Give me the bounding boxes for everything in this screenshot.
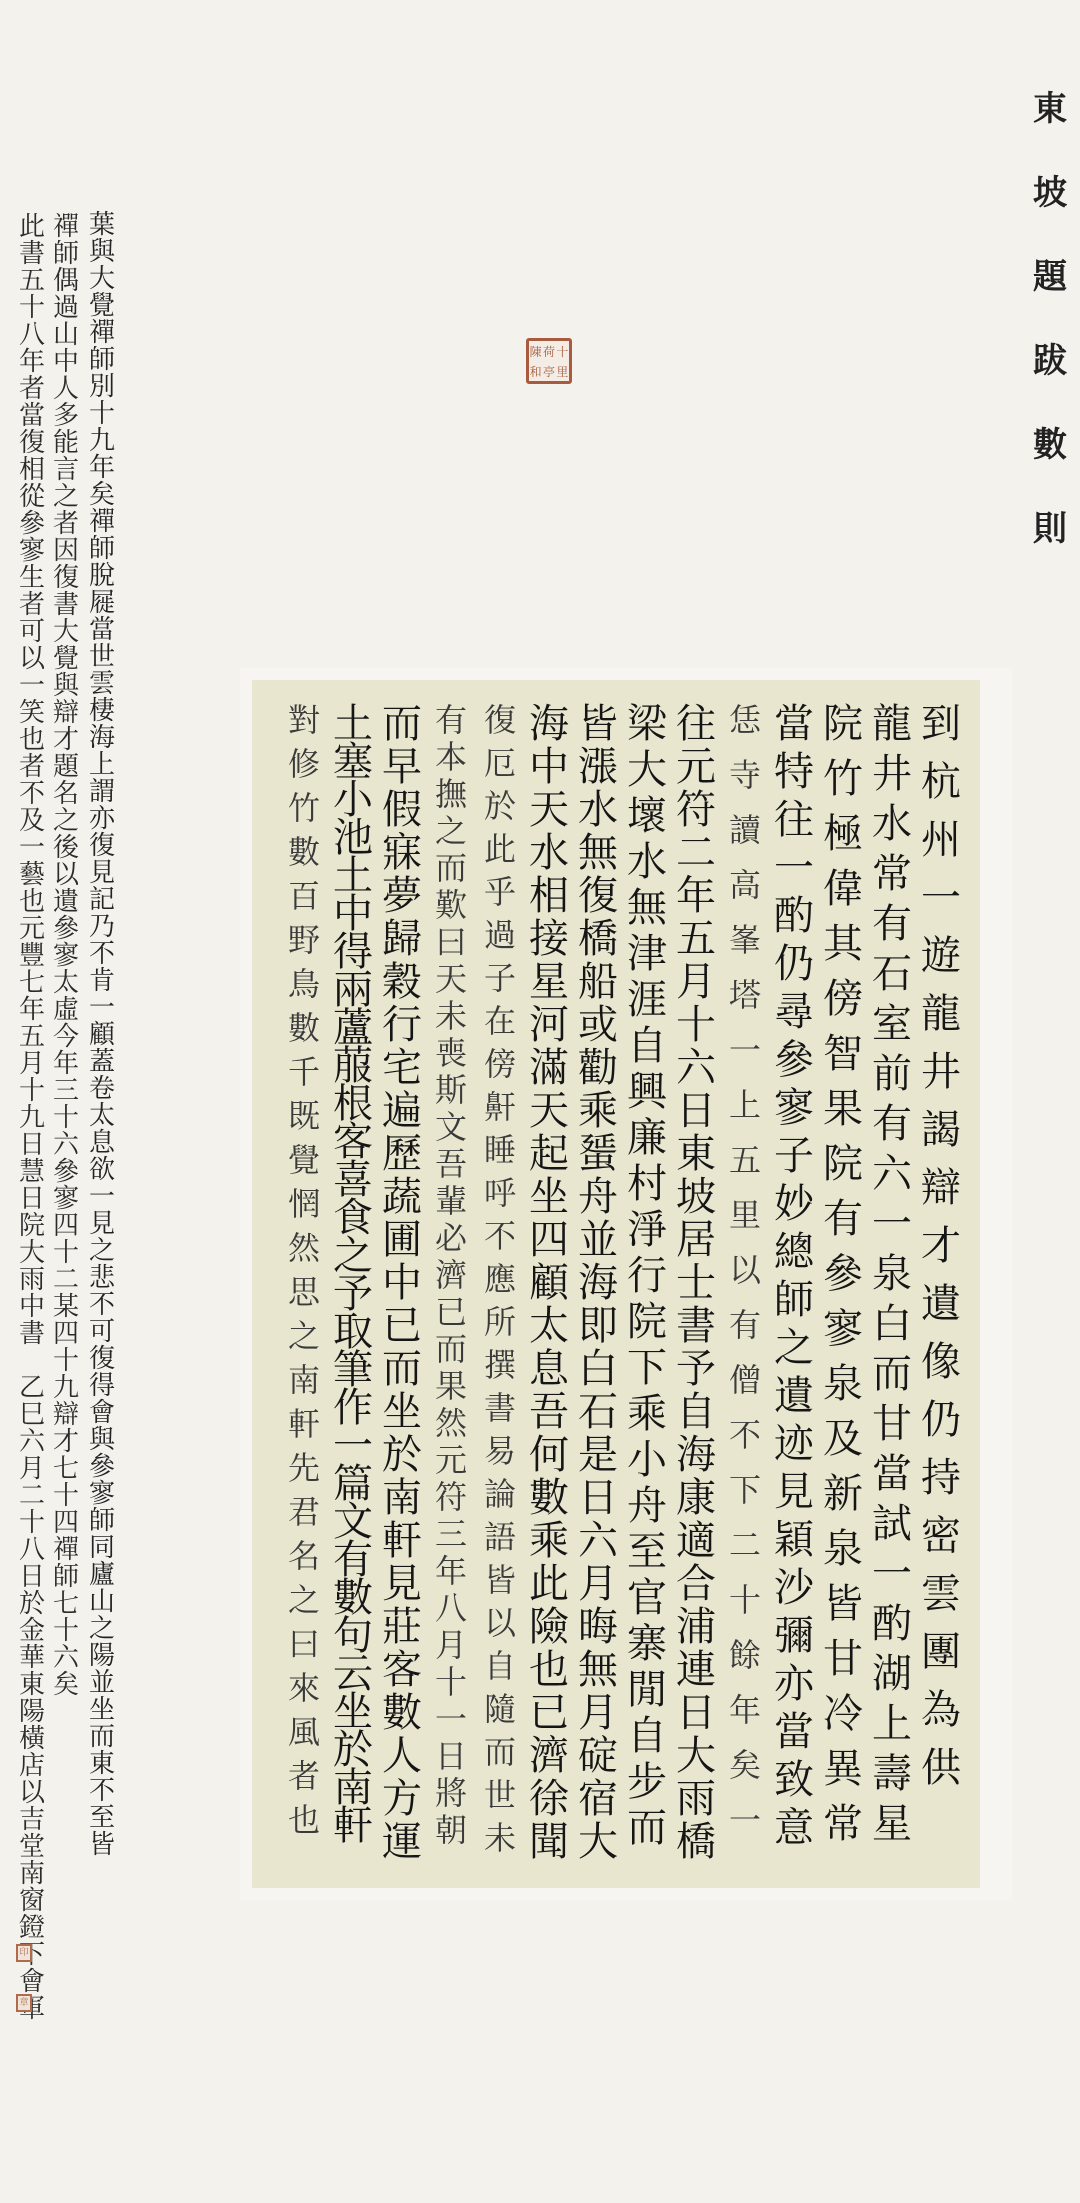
calligraphy-char: 既: [288, 1100, 320, 1144]
calligraphy-char: 大: [53, 619, 79, 645]
calligraphy-char: 假: [382, 790, 422, 833]
calligraphy-char: 參: [53, 916, 79, 942]
calligraphy-char: 常: [823, 1804, 863, 1859]
calligraphy-char: 葉: [89, 212, 115, 238]
calligraphy-char: 應: [484, 1263, 516, 1306]
calligraphy-char: 杭: [921, 762, 961, 820]
calligraphy-char: 水: [529, 833, 569, 876]
calligraphy-char: 傍: [823, 979, 863, 1034]
calligraphy-char: 雲: [921, 1574, 961, 1632]
calligraphy-char: 十: [676, 1005, 716, 1048]
calligraphy-char: 竹: [823, 759, 863, 814]
seal-char: 印: [19, 1948, 28, 1958]
calligraphy-char: 師: [89, 1508, 115, 1534]
calligraphy-char: 無: [578, 1650, 618, 1693]
calligraphy-char: 蘆: [333, 1008, 373, 1046]
calligraphy-char: 多: [53, 403, 79, 429]
calligraphy-char: 喪: [435, 1037, 467, 1074]
calligraphy-char: 對: [288, 704, 320, 748]
calligraphy-char: 師: [89, 536, 115, 562]
calligraphy-char: 得: [89, 1373, 115, 1399]
calligraphy-char: 禪: [89, 509, 115, 535]
calligraphy-char: 月: [578, 1693, 618, 1736]
calligraphy-char: 甘: [823, 1639, 863, 1694]
calligraphy-char: 當: [774, 1712, 814, 1760]
calligraphy-char: 矣: [53, 1672, 79, 1698]
calligraphy-char: 起: [529, 1134, 569, 1177]
calligraphy-char: 千: [288, 1056, 320, 1100]
calligraphy-char: 井: [921, 1052, 961, 1110]
calligraphy-char: 小: [627, 1440, 667, 1486]
calligraphy-char: 河: [529, 1005, 569, 1048]
paper-column-11: 有本撫之而歎曰天未喪斯文吾輩必濟已而果然元符三年八月十一日將朝: [426, 704, 476, 1868]
calligraphy-char: 圃: [382, 1220, 422, 1263]
calligraphy-char: 上: [729, 1089, 761, 1144]
seal-char: 十: [556, 343, 569, 360]
calligraphy-char: 傍: [484, 1048, 516, 1091]
calligraphy-char: 過: [53, 295, 79, 321]
calligraphy-char: 六: [53, 1132, 79, 1158]
calligraphy-char: 及: [823, 1419, 863, 1474]
calligraphy-char: 同: [89, 1535, 115, 1561]
calligraphy-char: 參: [774, 1040, 814, 1088]
calligraphy-char: 皆: [89, 1832, 115, 1858]
calligraphy-char: 乘: [627, 1394, 667, 1440]
calligraphy-char: 之: [288, 1584, 320, 1628]
calligraphy-char: 太: [53, 970, 79, 996]
calligraphy-char: 乃: [89, 914, 115, 940]
calligraphy-char: 從: [19, 484, 45, 510]
calligraphy-char: 禪: [53, 214, 79, 240]
calligraphy-char: 興: [627, 1072, 667, 1118]
calligraphy-char: 兩: [333, 970, 373, 1008]
calligraphy-char: 官: [627, 1578, 667, 1624]
calligraphy-char: 日: [19, 1564, 45, 1590]
calligraphy-char: 日: [676, 1693, 716, 1736]
calligraphy-char: 必: [435, 1222, 467, 1259]
calligraphy-char: 百: [288, 880, 320, 924]
calligraphy-char: 十: [53, 1618, 79, 1644]
calligraphy-char: 舟: [627, 1486, 667, 1532]
calligraphy-char: 符: [435, 1481, 467, 1518]
calligraphy-char: 辯: [53, 1402, 79, 1428]
calligraphy-paper: 到杭州一遊龍井謁辯才遺像仍持密雲團為供 龍井水常有石室前有六一泉白而甘當試一酌湖…: [252, 680, 980, 1888]
calligraphy-char: 坡: [676, 1177, 716, 1220]
calligraphy-char: 年: [53, 1051, 79, 1077]
calligraphy-char: 一: [729, 1804, 761, 1859]
calligraphy-char: 小: [333, 780, 373, 818]
calligraphy-char: 可: [19, 619, 45, 645]
calligraphy-char: 莊: [382, 1607, 422, 1650]
calligraphy-char: 禪: [89, 320, 115, 346]
calligraphy-char: 而: [382, 1349, 422, 1392]
calligraphy-char: 而: [435, 852, 467, 889]
calligraphy-char: 極: [823, 814, 863, 869]
calligraphy-char: 數: [529, 1478, 569, 1521]
calligraphy-char: 一: [89, 995, 115, 1021]
calligraphy-char: 子: [774, 1136, 814, 1184]
calligraphy-char: 金: [19, 1618, 45, 1644]
calligraphy-char: 一: [19, 835, 45, 861]
calligraphy-char: 歸: [382, 919, 422, 962]
calligraphy-char: 鐙: [19, 1915, 45, 1941]
calligraphy-char: 年: [19, 997, 45, 1023]
calligraphy-char: 堂: [19, 1834, 45, 1860]
calligraphy-char: 而: [382, 704, 422, 747]
calligraphy-char: 有: [823, 1199, 863, 1254]
calligraphy-char: 接: [529, 919, 569, 962]
calligraphy-char: [19, 1348, 45, 1374]
calligraphy-char: 復: [19, 430, 45, 456]
calligraphy-char: 寥: [19, 538, 45, 564]
title-char: 東: [1033, 92, 1067, 126]
calligraphy-char: 妙: [774, 1184, 814, 1232]
calligraphy-char: 士: [676, 1263, 716, 1306]
calligraphy-char: 才: [53, 1429, 79, 1455]
calligraphy-char: 院: [823, 1144, 863, 1199]
calligraphy-char: 皆: [484, 1564, 516, 1607]
calligraphy-char: 穎: [774, 1520, 814, 1568]
calligraphy-char: 才: [921, 1226, 961, 1284]
calligraphy-char: 二: [729, 1529, 761, 1584]
calligraphy-char: 冷: [823, 1694, 863, 1749]
seal-char: 荷: [542, 343, 555, 360]
paper-column-14: 對修竹數百野鳥數千既覺惘然思之南軒先君名之曰來風者也: [279, 704, 329, 1868]
calligraphy-char: 風: [288, 1716, 320, 1760]
calligraphy-char: 步: [627, 1762, 667, 1808]
calligraphy-char: 蔬: [382, 1177, 422, 1220]
calligraphy-char: 吾: [529, 1392, 569, 1435]
calligraphy-char: 欲: [89, 1157, 115, 1183]
calligraphy-char: 僧: [729, 1364, 761, 1419]
calligraphy-char: 遺: [774, 1376, 814, 1424]
calligraphy-char: 湖: [872, 1654, 912, 1704]
calligraphy-char: 七: [19, 970, 45, 996]
calligraphy-char: 大: [89, 266, 115, 292]
calligraphy-char: 八: [19, 1537, 45, 1563]
calligraphy-char: 撫: [435, 778, 467, 815]
calligraphy-char: 與: [53, 673, 79, 699]
calligraphy-char: 廉: [627, 1118, 667, 1164]
calligraphy-char: 本: [435, 741, 467, 778]
calligraphy-char: 師: [53, 241, 79, 267]
calligraphy-char: 而: [435, 1333, 467, 1370]
calligraphy-char: 一: [89, 1184, 115, 1210]
calligraphy-char: 無: [578, 833, 618, 876]
calligraphy-char: 脫: [89, 563, 115, 589]
calligraphy-char: 能: [53, 430, 79, 456]
calligraphy-char: 院: [823, 704, 863, 759]
calligraphy-char: 師: [774, 1280, 814, 1328]
calligraphy-char: 皆: [578, 704, 618, 747]
calligraphy-char: 亦: [89, 806, 115, 832]
calligraphy-char: 寥: [823, 1309, 863, 1364]
calligraphy-char: 復: [89, 833, 115, 859]
calligraphy-char: 供: [921, 1748, 961, 1806]
calligraphy-char: 在: [484, 1005, 516, 1048]
calligraphy-char: 思: [288, 1276, 320, 1320]
calligraphy-char: 日: [578, 1478, 618, 1521]
calligraphy-char: 十: [53, 1348, 79, 1374]
calligraphy-char: 以: [484, 1607, 516, 1650]
calligraphy-char: 九: [53, 1375, 79, 1401]
calligraphy-char: 見: [89, 1211, 115, 1237]
calligraphy-char: 會: [89, 1400, 115, 1426]
calligraphy-char: 村: [627, 1164, 667, 1210]
calligraphy-char: 以: [729, 1254, 761, 1309]
calligraphy-char: 斯: [435, 1074, 467, 1111]
calligraphy-char: 寥: [774, 1088, 814, 1136]
calligraphy-char: 客: [333, 1122, 373, 1160]
calligraphy-char: 書: [676, 1306, 716, 1349]
calligraphy-char: 東: [89, 1751, 115, 1777]
calligraphy-char: 參: [53, 1159, 79, 1185]
paper-column-7: 梁大壞水無津涯自興廉村淨行院下乘小舟至官寨閒自步而: [622, 704, 672, 1868]
calligraphy-char: 於: [484, 790, 516, 833]
calligraphy-char: 是: [578, 1435, 618, 1478]
calligraphy-char: 泉: [872, 1254, 912, 1304]
calligraphy-char: 而: [89, 1724, 115, 1750]
calligraphy-char: 蓋: [89, 1049, 115, 1075]
calligraphy-char: 二: [676, 833, 716, 876]
calligraphy-char: 野: [288, 924, 320, 968]
seal-char: 和: [529, 363, 542, 380]
calligraphy-char: 遍: [382, 1091, 422, 1134]
title-char: 數: [1033, 428, 1067, 462]
calligraphy-char: 之: [53, 808, 79, 834]
calligraphy-char: 遺: [921, 1284, 961, 1342]
calligraphy-char: 覺: [89, 293, 115, 319]
calligraphy-char: 院: [627, 1302, 667, 1348]
calligraphy-char: 已: [382, 1306, 422, 1349]
calligraphy-char: 一: [872, 1554, 912, 1604]
calligraphy-char: 大: [19, 1240, 45, 1266]
calligraphy-char: 池: [333, 818, 373, 856]
inscription-column-3: 此書五十八年者當復相從參寥生者可以一笑也者不及一藝也元豐七年五月十九日慧日院大雨…: [18, 214, 46, 2084]
calligraphy-char: 已: [529, 1693, 569, 1736]
calligraphy-char: 之: [435, 815, 467, 852]
calligraphy-char: 津: [627, 934, 667, 980]
calligraphy-char: 宅: [382, 1048, 422, 1091]
calligraphy-char: 濟: [529, 1736, 569, 1779]
calligraphy-char: 為: [921, 1690, 961, 1748]
calligraphy-char: 下: [627, 1348, 667, 1394]
calligraphy-char: 隨: [484, 1693, 516, 1736]
calligraphy-char: 南: [288, 1364, 320, 1408]
calligraphy-char: 十: [53, 1240, 79, 1266]
calligraphy-char: 當: [19, 403, 45, 429]
calligraphy-char: 文: [435, 1111, 467, 1148]
calligraphy-char: 龍: [872, 704, 912, 754]
calligraphy-char: 朝: [435, 1814, 467, 1851]
calligraphy-char: 未: [435, 1000, 467, 1037]
calligraphy-char: 團: [921, 1632, 961, 1690]
calligraphy-char: 之: [774, 1328, 814, 1376]
inscription-column-2: 禪師偶過山中人多能言之者因復書大覺與辯才題名之後以遺參寥太虛今年三十六參寥四十二…: [52, 214, 80, 2084]
calligraphy-char: 智: [823, 1034, 863, 1089]
calligraphy-char: 某: [53, 1294, 79, 1320]
calligraphy-char: 喜: [333, 1160, 373, 1198]
calligraphy-char: 篇: [333, 1464, 373, 1502]
calligraphy-char: 中: [333, 894, 373, 932]
calligraphy-char: 自: [484, 1650, 516, 1693]
calligraphy-char: 者: [19, 754, 45, 780]
calligraphy-char: 恁: [729, 704, 761, 759]
calligraphy-char: 海: [89, 725, 115, 751]
calligraphy-char: 三: [435, 1518, 467, 1555]
calligraphy-char: 年: [89, 455, 115, 481]
calligraphy-char: 然: [435, 1407, 467, 1444]
calligraphy-char: 將: [435, 1777, 467, 1814]
calligraphy-char: 九: [89, 428, 115, 454]
calligraphy-char: 廬: [89, 1562, 115, 1588]
calligraphy-char: 土: [333, 856, 373, 894]
calligraphy-char: 雨: [19, 1267, 45, 1293]
calligraphy-char: 竹: [288, 792, 320, 836]
calligraphy-char: 文: [333, 1502, 373, 1540]
calligraphy-char: 語: [484, 1521, 516, 1564]
calligraphy-char: 十: [435, 1666, 467, 1703]
calligraphy-char: 夢: [382, 876, 422, 919]
calligraphy-char: 元: [435, 1444, 467, 1481]
calligraphy-char: 里: [729, 1199, 761, 1254]
calligraphy-char: 華: [19, 1645, 45, 1671]
calligraphy-char: 海: [578, 1263, 618, 1306]
calligraphy-char: 六: [872, 1154, 912, 1204]
calligraphy-char: 寨: [627, 1624, 667, 1670]
calligraphy-char: 筆: [333, 1350, 373, 1388]
calligraphy-char: 天: [529, 1091, 569, 1134]
calligraphy-char: 過: [484, 919, 516, 962]
calligraphy-char: 六: [53, 1645, 79, 1671]
calligraphy-char: 與: [89, 239, 115, 265]
calligraphy-char: 南: [333, 1768, 373, 1806]
calligraphy-char: 十: [53, 1105, 79, 1131]
calligraphy-char: 院: [19, 1213, 45, 1239]
calligraphy-char: 今: [53, 1024, 79, 1050]
calligraphy-char: 之: [89, 1238, 115, 1264]
calligraphy-char: 日: [435, 1740, 467, 1777]
calligraphy-char: 往: [676, 704, 716, 747]
calligraphy-char: 康: [676, 1478, 716, 1521]
calligraphy-char: 軒: [382, 1521, 422, 1564]
calligraphy-char: 然: [288, 1232, 320, 1276]
calligraphy-char: 參: [19, 511, 45, 537]
calligraphy-char: 卷: [89, 1076, 115, 1102]
calligraphy-char: 白: [578, 1349, 618, 1392]
calligraphy-char: 坐: [333, 1692, 373, 1730]
calligraphy-char: 其: [823, 924, 863, 979]
calligraphy-char: 日: [676, 1091, 716, 1134]
calligraphy-char: 會: [19, 1969, 45, 1995]
calligraphy-char: 壽: [872, 1754, 912, 1804]
calligraphy-char: 遺: [53, 889, 79, 915]
calligraphy-char: 矣: [89, 482, 115, 508]
calligraphy-char: 塔: [729, 979, 761, 1034]
calligraphy-char: 元: [676, 747, 716, 790]
calligraphy-char: 五: [19, 1024, 45, 1050]
calligraphy-char: 東: [676, 1134, 716, 1177]
calligraphy-char: 者: [53, 511, 79, 537]
calligraphy-char: 迹: [774, 1424, 814, 1472]
seal-char: 陳: [529, 343, 542, 360]
calligraphy-char: 閒: [627, 1670, 667, 1716]
calligraphy-char: 四: [53, 1213, 79, 1239]
calligraphy-char: 吉: [19, 1807, 45, 1833]
calligraphy-char: 以: [19, 1780, 45, 1806]
calligraphy-char: 讀: [729, 814, 761, 869]
calligraphy-char: 乘: [529, 1521, 569, 1564]
artwork-title: 東 坡 題 跋 數 則: [1028, 92, 1072, 546]
calligraphy-char: 無: [627, 888, 667, 934]
calligraphy-char: 穀: [382, 962, 422, 1005]
seal-char: 章: [19, 1998, 28, 2008]
calligraphy-char: 年: [19, 349, 45, 375]
calligraphy-char: 星: [529, 962, 569, 1005]
calligraphy-char: 太: [529, 1306, 569, 1349]
calligraphy-char: 坐: [529, 1177, 569, 1220]
calligraphy-char: 遊: [921, 936, 961, 994]
calligraphy-char: 巳: [19, 1402, 45, 1428]
calligraphy-char: 當: [89, 617, 115, 643]
title-char: 題: [1033, 260, 1067, 294]
calligraphy-char: 峯: [729, 924, 761, 979]
seal-stamp-icon: 陳 荷 十 和 亭 里: [526, 338, 572, 384]
calligraphy-char: 世: [89, 644, 115, 670]
calligraphy-char: 此: [484, 833, 516, 876]
calligraphy-char: 相: [19, 457, 45, 483]
calligraphy-char: 船: [578, 962, 618, 1005]
calligraphy-char: 八: [435, 1592, 467, 1629]
calligraphy-char: 來: [288, 1672, 320, 1716]
inscription-column-1: 葉與大覺禪師別十九年矣禪師脫屣當世雲棲海上謂亦復見記乃不肯一顧蓋卷太息欲一見之悲…: [86, 212, 118, 2082]
calligraphy-char: 並: [578, 1220, 618, 1263]
calligraphy-char: 甘: [872, 1404, 912, 1454]
calligraphy-char: 予: [333, 1274, 373, 1312]
calligraphy-char: 像: [921, 1342, 961, 1400]
calligraphy-char: 五: [729, 1144, 761, 1199]
calligraphy-char: 生: [19, 565, 45, 591]
calligraphy-char: 餘: [729, 1639, 761, 1694]
calligraphy-char: 歎: [435, 889, 467, 926]
calligraphy-char: 乎: [484, 876, 516, 919]
calligraphy-char: 行: [382, 1005, 422, 1048]
calligraphy-char: 藝: [19, 862, 45, 888]
calligraphy-char: 惘: [288, 1188, 320, 1232]
calligraphy-char: 龍: [921, 994, 961, 1052]
calligraphy-char: 於: [19, 1591, 45, 1617]
calligraphy-char: 虛: [53, 997, 79, 1023]
calligraphy-char: 致: [774, 1760, 814, 1808]
calligraphy-char: 大: [627, 750, 667, 796]
paper-column-5: 恁寺讀高峯塔一上五里以有僧不下二十餘年矣一: [720, 704, 770, 1868]
calligraphy-char: 至: [627, 1532, 667, 1578]
calligraphy-char: 尋: [774, 992, 814, 1040]
calligraphy-char: 特: [774, 752, 814, 800]
calligraphy-char: 土: [333, 704, 373, 742]
calligraphy-char: 不: [89, 1292, 115, 1318]
calligraphy-char: 聞: [529, 1822, 569, 1865]
paper-column-4: 當特往一酌仍尋參寥子妙總師之遺迹見穎沙彌亦當致意: [769, 704, 819, 1868]
calligraphy-char: 十: [19, 1078, 45, 1104]
calligraphy-char: 不: [89, 1778, 115, 1804]
calligraphy-char: 數: [382, 1693, 422, 1736]
calligraphy-char: 軒: [333, 1806, 373, 1844]
calligraphy-char: 偉: [823, 869, 863, 924]
calligraphy-char: 之: [89, 1616, 115, 1642]
calligraphy-char: 也: [529, 1650, 569, 1693]
calligraphy-char: 五: [19, 268, 45, 294]
